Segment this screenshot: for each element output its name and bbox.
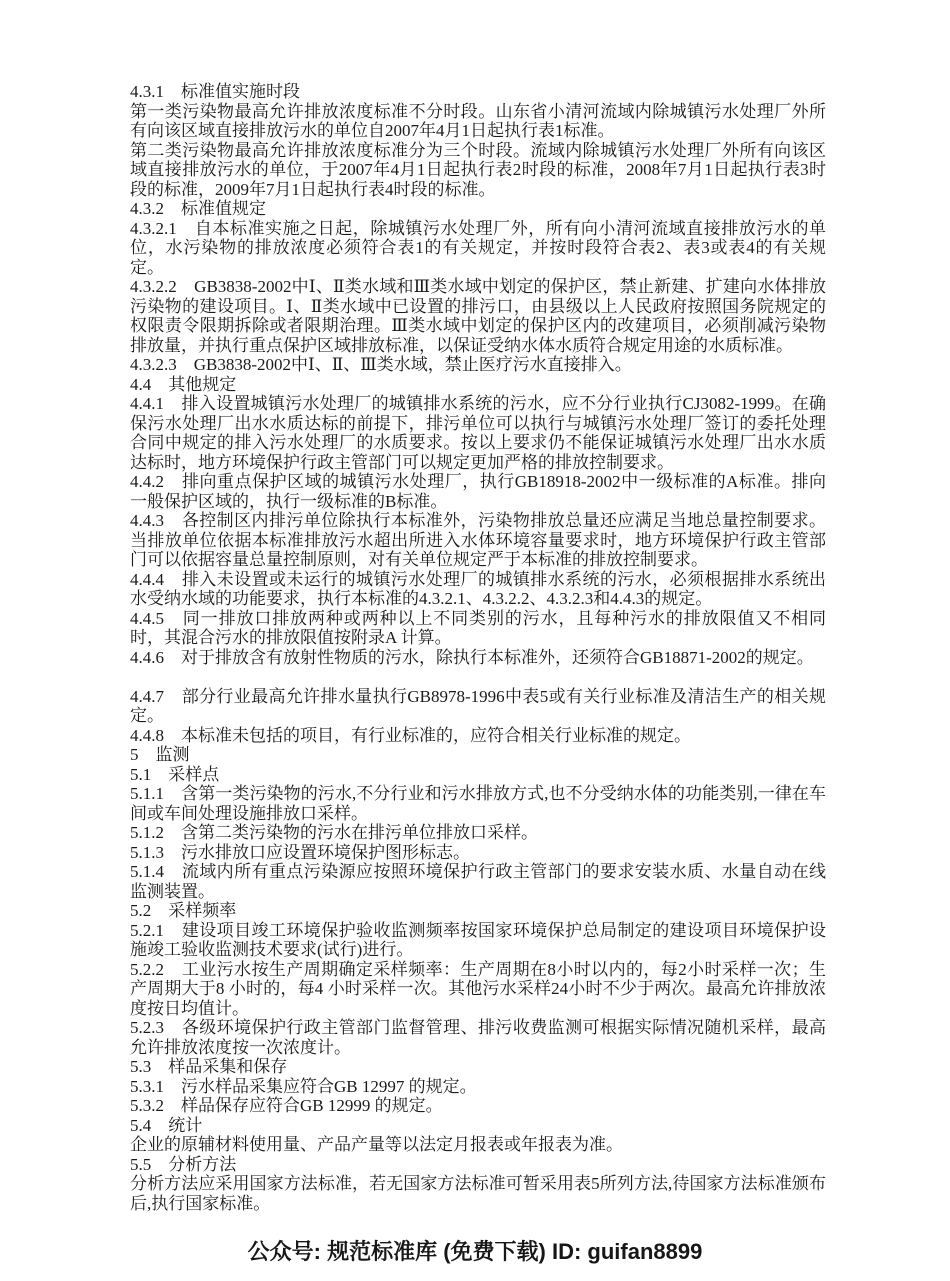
paragraph: 4.4 其他规定 — [130, 375, 826, 395]
paragraph: 5.4 统计 — [130, 1116, 826, 1136]
paragraph: 4.3.2 标准值规定 — [130, 199, 826, 219]
paragraph: 4.4.3 各控制区内排污单位除执行本标准外，污染物排放总量还应满足当地总量控制… — [130, 511, 826, 570]
paragraph: 4.3.2.2 GB3838-2002中Ⅰ、Ⅱ类水域和Ⅲ类水域中划定的保护区，禁… — [130, 277, 826, 355]
paragraph: 5.1.3 污水排放口应设置环境保护图形标志。 — [130, 843, 826, 863]
paragraph: 4.4.4 排入未设置或未运行的城镇污水处理厂的城镇排水系统的污水，必须根据排水… — [130, 570, 826, 609]
paragraph: 5.2.2 工业污水按生产周期确定采样频率：生产周期在8小时以内的，每2小时采样… — [130, 960, 826, 1019]
paragraph: 5.1.1 含第一类污染物的污水,不分行业和污水排放方式,也不分受纳水体的功能类… — [130, 784, 826, 823]
paragraph: 5.2.1 建设项目竣工环境保护验收监测频率按国家环境保护总局制定的建设项目环境… — [130, 921, 826, 960]
paragraph: 5 监测 — [130, 745, 826, 765]
paragraph: 4.4.8 本标准未包括的项目，有行业标准的，应符合相关行业标准的规定。 — [130, 726, 826, 746]
paragraph: 5.2.3 各级环境保护行政主管部门监督管理、排污收费监测可根据实际情况随机采样… — [130, 1018, 826, 1057]
paragraph: 第一类污染物最高允许排放浓度标准不分时段。山东省小清河流域内除城镇污水处理厂外所… — [130, 102, 826, 141]
paragraph: 5.5 分析方法 — [130, 1155, 826, 1175]
paragraph: 企业的原辅材料使用量、产品产量等以法定月报表或年报表为准。 — [130, 1135, 826, 1155]
blank-line — [130, 667, 826, 687]
paragraph: 分析方法应采用国家方法标准，若无国家方法标准可暂采用表5所列方法,待国家方法标准… — [130, 1174, 826, 1213]
footer-watermark: 公众号: 规范标准库 (免费下载) ID: guifan8899 — [0, 1235, 950, 1266]
document-body: 4.3.1 标准值实施时段第一类污染物最高允许排放浓度标准不分时段。山东省小清河… — [130, 82, 826, 1213]
paragraph: 5.1 采样点 — [130, 765, 826, 785]
paragraph: 5.3 样品采集和保存 — [130, 1057, 826, 1077]
paragraph: 5.1.2 含第二类污染物的污水在排污单位排放口采样。 — [130, 823, 826, 843]
paragraph: 4.3.1 标准值实施时段 — [130, 82, 826, 102]
paragraph: 4.4.7 部分行业最高允许排水量执行GB8978-1996中表5或有关行业标准… — [130, 687, 826, 726]
paragraph: 5.1.4 流域内所有重点污染源应按照环境保护行政主管部门的要求安装水质、水量自… — [130, 862, 826, 901]
paragraph: 4.4.5 同一排放口排放两种或两种以上不同类别的污水，且每种污水的排放限值又不… — [130, 609, 826, 648]
paragraph: 4.4.2 排向重点保护区域的城镇污水处理厂，执行GB18918-2002中一级… — [130, 472, 826, 511]
paragraph: 5.3.1 污水样品采集应符合GB 12997 的规定。 — [130, 1077, 826, 1097]
paragraph: 5.2 采样频率 — [130, 901, 826, 921]
document-page: 4.3.1 标准值实施时段第一类污染物最高允许排放浓度标准不分时段。山东省小清河… — [0, 0, 950, 1281]
paragraph: 4.3.2.3 GB3838-2002中Ⅰ、Ⅱ、Ⅲ类水域，禁止医疗污水直接排入。 — [130, 355, 826, 375]
paragraph: 第二类污染物最高允许排放浓度标准分为三个时段。流域内除城镇污水处理厂外所有向该区… — [130, 141, 826, 200]
paragraph: 4.4.6 对于排放含有放射性物质的污水，除执行本标准外，还须符合GB18871… — [130, 648, 826, 668]
paragraph: 5.3.2 样品保存应符合GB 12999 的规定。 — [130, 1096, 826, 1116]
paragraph: 4.4.1 排入设置城镇污水处理厂的城镇排水系统的污水，应不分行业执行CJ308… — [130, 394, 826, 472]
paragraph: 4.3.2.1 自本标准实施之日起，除城镇污水处理厂外，所有向小清河流域直接排放… — [130, 219, 826, 278]
